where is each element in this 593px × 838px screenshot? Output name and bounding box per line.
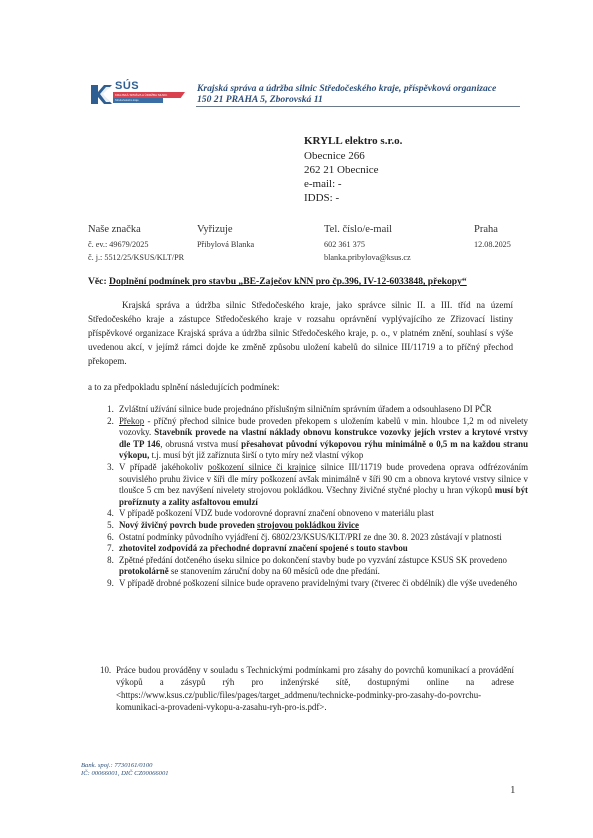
conditions-list: Zvláštní užívání silnice bude projednáno… xyxy=(102,404,528,590)
condition-item: V případě poškození VDZ bude vodorovné d… xyxy=(116,508,528,520)
header-divider xyxy=(196,106,520,107)
contact-email: blanka.pribylova@ksus.cz xyxy=(324,253,411,262)
ksus-logo: SÚS KRAJSKÁ SPRÁVA A ÚDRŽBA SILNIC Střed… xyxy=(91,83,183,105)
logo-subtitle: Středočeského kraje xyxy=(113,98,163,103)
bank-details: Bank. spoj.: 7730161/0100 xyxy=(81,762,152,769)
place: Praha xyxy=(474,224,498,235)
conditions-lead: a to za předpokladu splnění následujícíc… xyxy=(88,380,513,394)
handled-by-name: Přibylová Blanka xyxy=(197,240,254,249)
condition-item: zhotovitel zodpovídá za přechodné doprav… xyxy=(116,543,528,555)
contact-phone: 602 361 375 xyxy=(324,240,365,249)
our-ref-label: Naše značka xyxy=(88,224,141,235)
condition-item: Ostatní podmínky původního vyjádření čj.… xyxy=(116,532,528,544)
org-name: Krajská správa a údržba silnic Středočes… xyxy=(197,83,496,94)
intro-paragraph: Krajská správa a údržba silnic Středočes… xyxy=(88,298,513,368)
org-address: 150 21 PRAHA 5, Zborovská 11 xyxy=(197,94,323,105)
page-number: 1 xyxy=(510,784,516,796)
condition-item: V případě drobné poškození silnice bude … xyxy=(116,578,528,590)
condition-number: 10. xyxy=(100,664,111,676)
company-ids: IČ: 00066001, DIČ CZ00066001 xyxy=(81,770,169,777)
condition-item: V případě jakéhokoliv poškození silnice … xyxy=(116,462,528,508)
reference-number: č. j.: 5512/25/KSUS/KLT/PR xyxy=(88,253,184,262)
subject-line: Věc: Doplnění podmínek pro stavbu „BE-Za… xyxy=(88,276,467,287)
logo-wordmark: SÚS xyxy=(115,80,139,92)
recipient-name: KRYLL elektro s.r.o. xyxy=(304,135,402,147)
recipient-email: e-mail: - xyxy=(304,178,342,190)
condition-item: Překop - příčný přechod silnice bude pro… xyxy=(116,416,528,462)
condition-item-10: 10. Práce budou prováděny v souladu s Te… xyxy=(102,664,514,714)
subject-label: Věc: xyxy=(88,276,107,287)
condition-item: Zvláštní užívání silnice bude projednáno… xyxy=(116,404,528,416)
handled-by-label: Vyřizuje xyxy=(197,224,233,235)
ksus-k-logo-icon xyxy=(91,83,113,105)
recipient-city: 262 21 Obecnice xyxy=(304,164,379,176)
subject-text: Doplnění podmínek pro stavbu „BE-Zaječov… xyxy=(109,276,467,287)
recipient-idds: IDDS: - xyxy=(304,192,339,204)
letter-date: 12.08.2025 xyxy=(474,240,511,249)
condition-item: Nový živičný povrch bude proveden strojo… xyxy=(116,520,528,532)
condition-item: Zpětné předání dotčeného úseku silnice p… xyxy=(116,555,528,578)
evidence-number: č. ev.: 49679/2025 xyxy=(88,240,148,249)
condition-text: Práce budou prováděny v souladu s Techni… xyxy=(116,664,514,714)
recipient-street: Obecnice 266 xyxy=(304,150,365,162)
contact-label: Tel. číslo/e-mail xyxy=(324,224,392,235)
